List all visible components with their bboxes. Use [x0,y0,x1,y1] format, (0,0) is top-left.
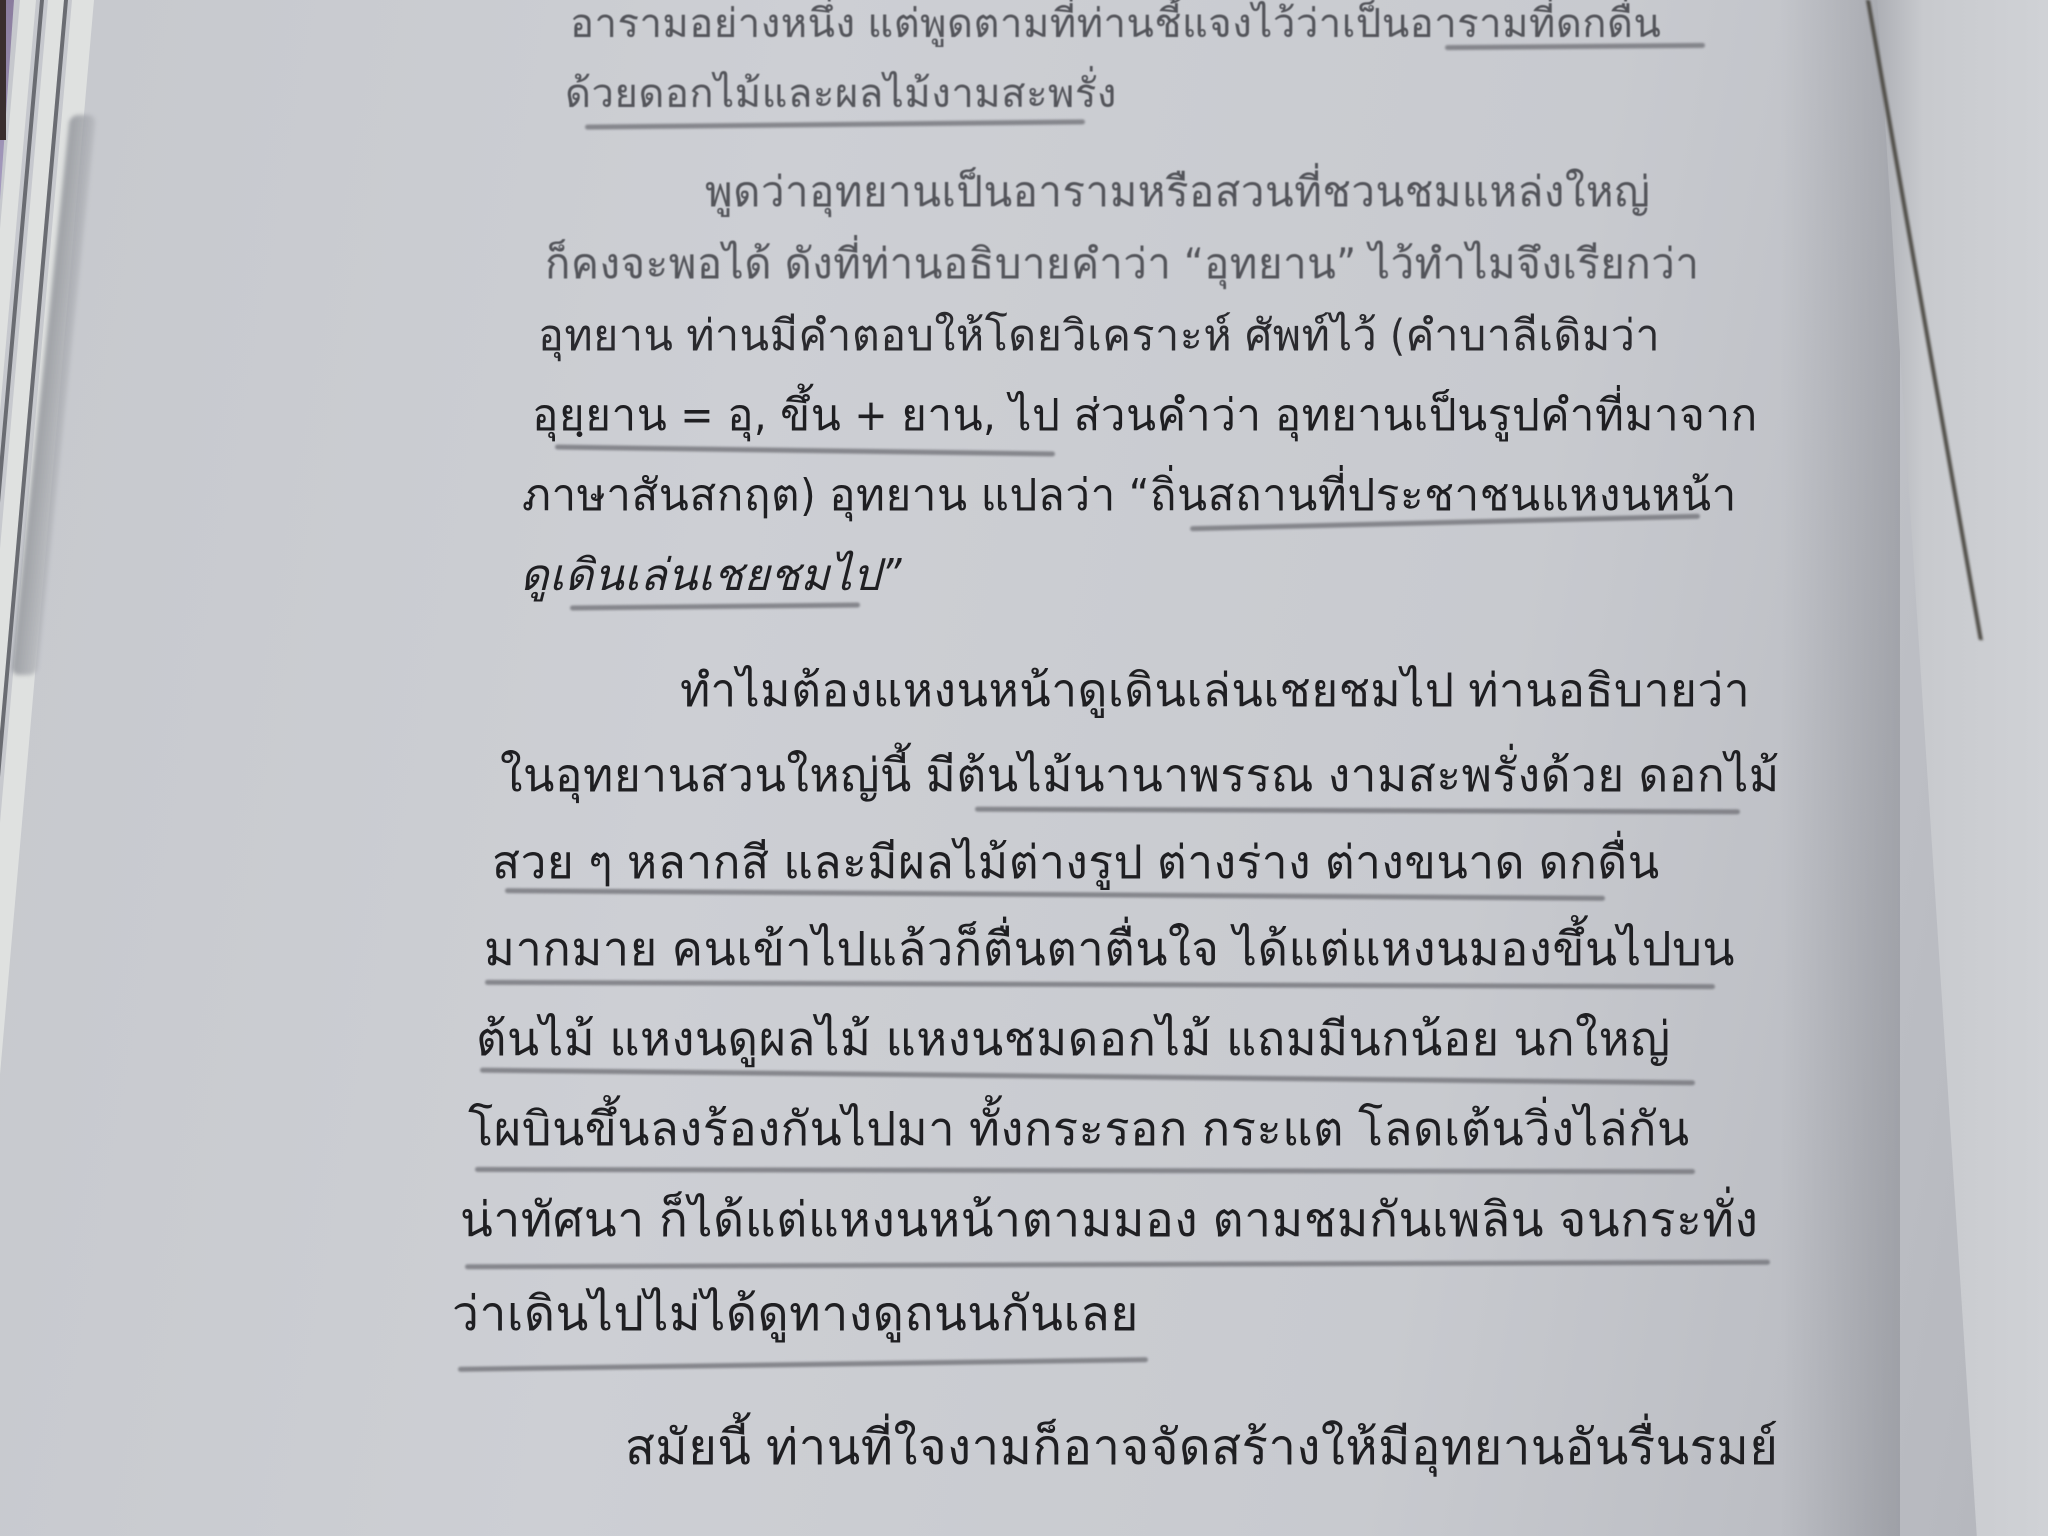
text-line-9: ทำไมต้องแหงนหน้าดูเดินเล่นเชยชมไป ท่านอธ… [680,660,1750,720]
book-page: อารามอย่างหนึ่ง แต่พูดตามที่ท่านชี้แจงไว… [0,0,2048,1536]
pencil-underline [475,1167,1695,1174]
text-line-5: อุทยาน ท่านมีคำตอบให้โดยวิเคราะห์ ศัพท์ไ… [538,306,1660,366]
text-line-14: โผบินขึ้นลงร้องกันไปมา ทั้งกระรอก กระแต … [468,1100,1690,1160]
text-line-6: อุยฺยาน = อุ, ขึ้น + ยาน, ไป ส่วนคำว่า อ… [532,386,1758,446]
text-line-13: ต้นไม้ แหงนดูผลไม้ แหงนชมดอกไม้ แถมมีนกน… [476,1010,1671,1070]
pencil-underline [485,980,1715,989]
background-corner [0,0,6,140]
text-line-11: สวย ๆ หลากสี และมีผลไม้ต่างรูป ต่างร่าง … [492,832,1660,892]
text-line-17: สมัยนี้ ท่านที่ใจงามก็อาจจัดสร้างให้มีอุ… [625,1418,1778,1478]
text-line-2: ด้วยดอกไม้และผลไม้งามสะพรั่ง [565,64,1117,124]
text-line-12: มากมาย คนเข้าไปแล้วก็ตื่นตาตื่นใจ ได้แต่… [484,920,1735,980]
pencil-underline [555,445,1055,457]
pencil-underline [480,1068,1695,1086]
page-stack-edges [0,0,110,1536]
pencil-underline [458,1357,1148,1372]
gutter-shadow [1780,0,1900,1536]
text-line-3: พูดว่าอุทยานเป็นอารามหรือสวนที่ชวนชมแหล่… [705,162,1650,222]
text-line-16: ว่าเดินไปไม่ได้ดูทางดูถนนกันเลย [452,1284,1139,1344]
pencil-underline [465,1260,1770,1270]
pencil-underline [975,807,1740,815]
text-line-10: ในอุทยานสวนใหญ่นี้ มีต้นไม้นานาพรรณ งามส… [500,745,1780,805]
text-line-4: ก็คงจะพอได้ ดังที่ท่านอธิบายคำว่า “อุทยา… [545,234,1699,294]
text-line-15: น่าทัศนา ก็ได้แต่แหงนหน้าตามมอง ตามชมกัน… [460,1190,1758,1250]
text-line-8: ดูเดินเล่นเชยชมไป” [520,546,902,606]
